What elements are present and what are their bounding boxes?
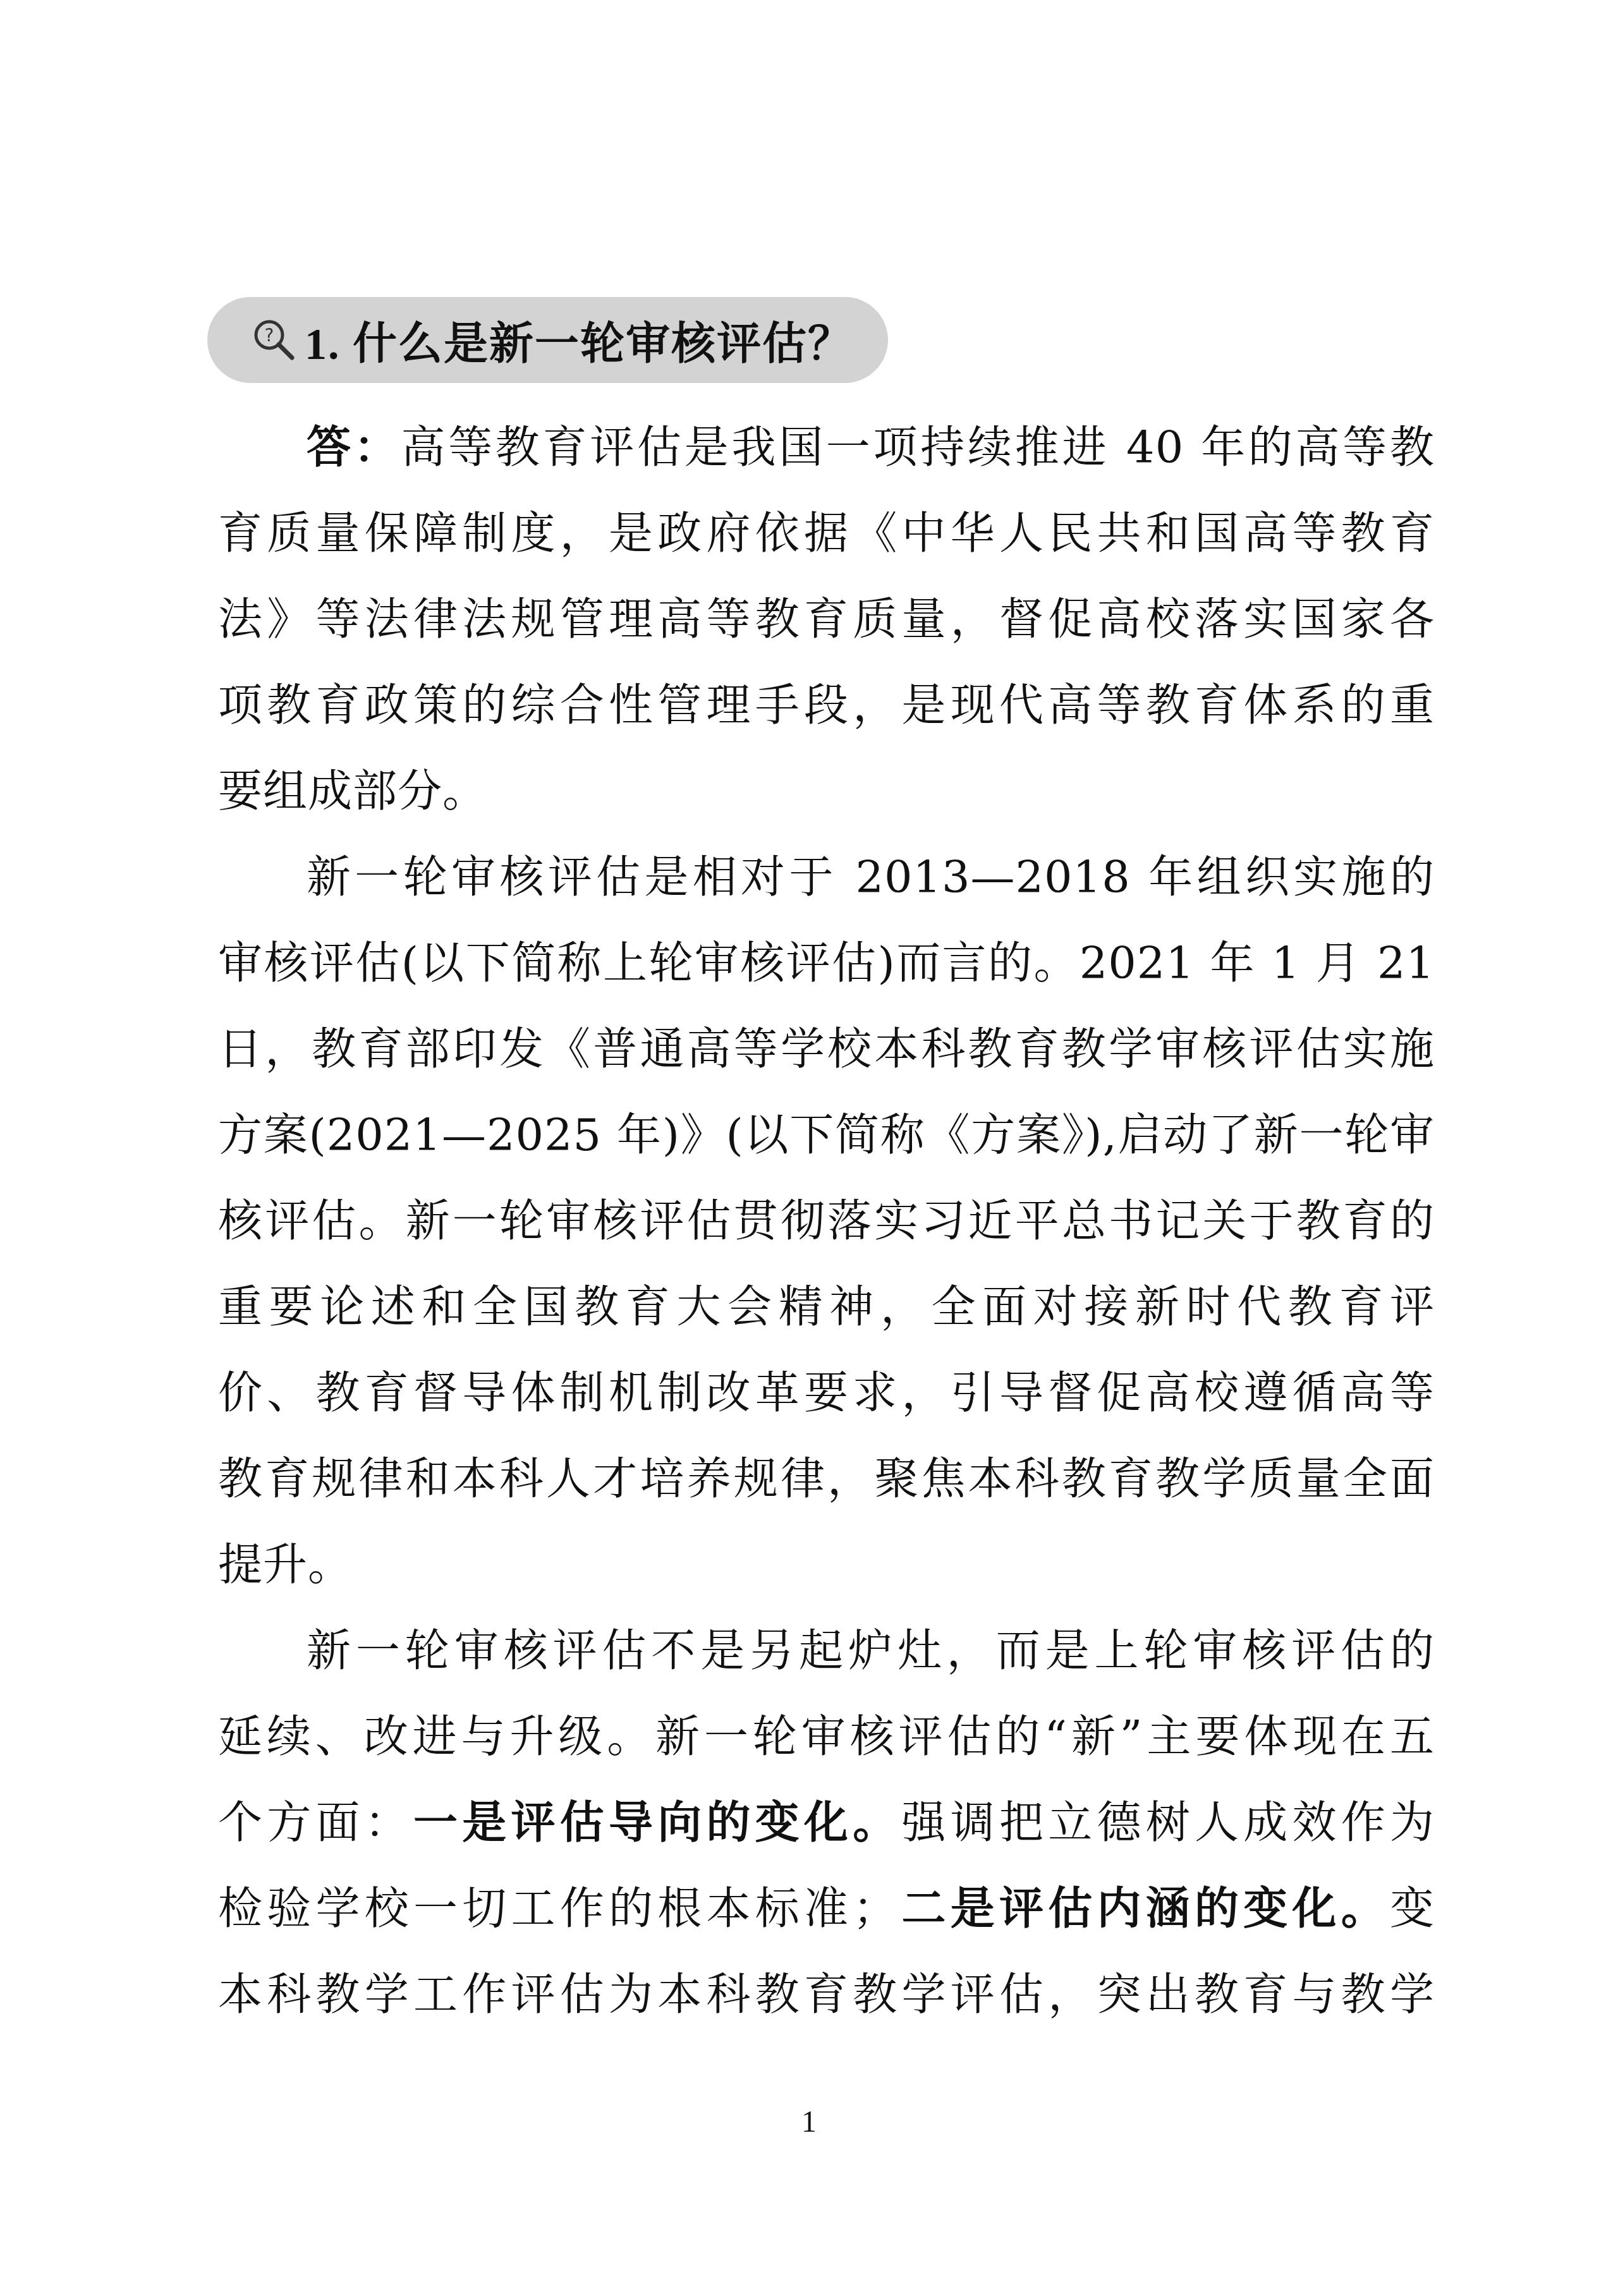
text-line: 要组成部分。 [218,748,1435,834]
emphasis-point-2: 二是评估内涵的变化。 [897,1882,1390,1935]
question-title: 1. 什么是新一轮审核评估？ [305,308,853,372]
text-line: 法》等法律法规管理高等教育质量，督促高校落实国家各 [218,576,1435,662]
text-line: 重要论述和全国教育大会精神，全面对接新时代教育评 [218,1264,1435,1350]
search-question-icon: ? [250,316,298,364]
text-line: 项教育政策的综合性管理手段，是现代高等教育体系的重 [218,662,1435,748]
text-line: 个方面：一是评估导向的变化。强调把立德树人成效作为 [218,1780,1435,1866]
emphasis-point-1: 一是评估导向的变化。 [413,1796,902,1849]
text-line: 提升。 [218,1522,1435,1608]
text-line: 教育规律和本科人才培养规律，聚焦本科教育教学质量全面 [218,1436,1435,1522]
text-line: 新一轮审核评估是相对于 2013—2018 年组织实施的 [218,834,1435,920]
text-line: 育质量保障制度，是政府依据《中华人民共和国高等教育 [218,490,1435,576]
text-line: 延续、改进与升级。新一轮审核评估的“新”主要体现在五 [218,1694,1435,1780]
text-line: 答：高等教育评估是我国一项持续推进 40 年的高等教 [218,404,1435,490]
text-line: 日，教育部印发《普通高等学校本科教育教学审核评估实施 [218,1006,1435,1092]
text-line: 核评估。新一轮审核评估贯彻落实习近平总书记关于教育的 [218,1178,1435,1264]
text-line: 检验学校一切工作的根本标准；二是评估内涵的变化。变 [218,1866,1435,1952]
answer-body: 答：高等教育评估是我国一项持续推进 40 年的高等教 育质量保障制度，是政府依据… [218,404,1435,2038]
svg-text:?: ? [265,325,274,346]
text-line: 价、教育督导体制机制改革要求，引导督促高校遵循高等 [218,1350,1435,1436]
text-line: 方案(2021—2025 年)》(以下简称《方案》),启动了新一轮审 [218,1092,1435,1178]
text-line: 新一轮审核评估不是另起炉灶，而是上轮审核评估的 [218,1608,1435,1694]
answer-label: 答： [307,421,401,473]
text-line: 本科教学工作评估为本科教育教学评估，突出教育与教学 [218,1952,1435,2038]
page-number: 1 [0,2105,1618,2139]
question-heading: ? 1. 什么是新一轮审核评估？ [207,297,888,383]
text-line: 审核评估(以下简称上轮审核评估)而言的。2021 年 1 月 21 [218,920,1435,1006]
